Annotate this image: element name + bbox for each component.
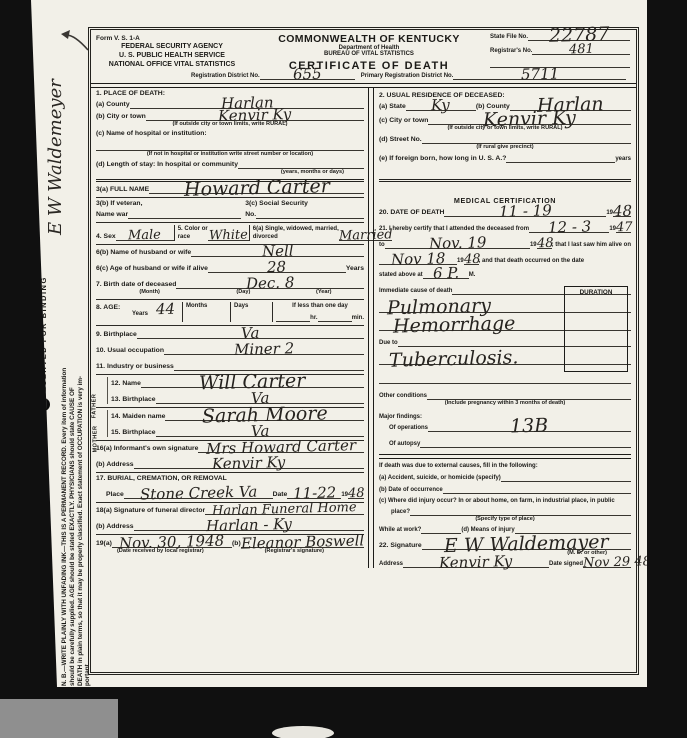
registrars-no-value: 481 <box>569 47 594 53</box>
sex-value: Male <box>128 233 161 239</box>
occupation-label: 10. Usual occupation <box>96 347 164 355</box>
foreign-born-suffix: years <box>615 155 631 163</box>
occurrence-line <box>443 487 631 494</box>
mother-birthplace-label: 15. Birthplace <box>111 429 156 437</box>
funeral-director-value: Harlan Funeral Home <box>212 505 357 514</box>
section-sex-color-marital: 4. Sex Male 5. Color or race White <box>96 223 364 245</box>
hour-value: 6 P. <box>433 271 459 277</box>
informant-line: Mrs Howard Carter <box>198 446 364 453</box>
to-year-prefix: 19 <box>530 241 537 249</box>
to-year-value: 48 <box>537 241 554 246</box>
city-value: Kenvir Ky <box>218 112 291 119</box>
hole-punch-mark <box>37 398 50 411</box>
physician-address-value: Kenvir Ky <box>439 559 512 566</box>
external-causes-title: If death was due to external causes, fil… <box>379 462 631 470</box>
state-file-no-value: 22787 <box>549 32 610 39</box>
last-alive-value: Nov 18 <box>391 256 446 262</box>
street-label: (d) Street No. <box>379 136 422 144</box>
age-hr-label: hr. <box>310 314 317 322</box>
date-of-death-line: 11 - 19 <box>444 210 606 217</box>
stay-line <box>238 162 364 169</box>
marital-label1: 6(a) Single, widowed, married, <box>253 225 339 233</box>
spouse-label: 6(b) Name of husband or wife <box>96 249 191 257</box>
cause-value2: Hemorrhage <box>393 321 515 329</box>
ssn-label2: No. <box>245 211 256 219</box>
cause-blank-line <box>379 377 631 384</box>
burial-place-value: Stone Creek Va <box>139 489 256 497</box>
industry-label: 11. Industry or business <box>96 363 174 371</box>
margin-nb-line2: should be carefully supplied. AGE should… <box>69 31 77 686</box>
residence-state-line: Ky <box>406 104 476 111</box>
ssn-line <box>256 212 364 219</box>
date-signed-line: Nov 29 48 <box>583 561 631 568</box>
residence-city-label: (c) City or town <box>379 117 428 125</box>
attended-from-line: 12 - 3 <box>529 226 609 233</box>
full-name-value: Howard Carter <box>184 184 330 193</box>
external-causes-divider <box>379 454 631 459</box>
spouse-age-line: 28 <box>208 266 346 273</box>
burial-title: 17. BURIAL, CREMATION, OR REMOVAL <box>96 475 364 483</box>
age-min-label: min. <box>352 314 364 322</box>
burial-date-value: 11-22 <box>293 490 336 496</box>
header-agency-block: Form V. S. 1-A FEDERAL SECURITY AGENCY U… <box>91 33 248 72</box>
alive-year-line: 48 <box>464 258 479 265</box>
residence-city-line: Kenvir Ky <box>428 118 631 125</box>
section-registrar: 19(a) Nov. 30, 1948 (b) Eleanor Boswell … <box>96 535 364 557</box>
physician-signature-label: 22. Signature <box>379 542 422 550</box>
age-days-cell: Days <box>230 302 272 322</box>
veteran-line <box>128 212 241 219</box>
date-of-death-label: 20. DATE OF DEATH <box>379 209 444 217</box>
attended-from-value: 12 - 3 <box>547 224 590 230</box>
alive-label: ; that I last saw him alive on <box>552 241 631 249</box>
reg-district-line: 655 <box>260 73 355 80</box>
handwritten-arrow-icon <box>58 24 92 56</box>
date-signed-value: Nov 29 48 <box>583 559 651 566</box>
color-line: White <box>208 234 249 241</box>
birth-date-label: 7. Birth date of deceased <box>96 281 176 289</box>
informant-address-line: Kenvir Ky <box>134 462 364 469</box>
funeral-address-line: Harlan - Ky <box>134 524 364 531</box>
sex-line: Male <box>116 234 174 241</box>
section-residence: 2. USUAL RESIDENCE OF DECEASED: (a) Stat… <box>379 88 631 182</box>
veteran-block: 3(b) If veteran, Name war <box>96 200 241 219</box>
form-columns: 1. PLACE OF DEATH: (a) County Harlan (b)… <box>91 88 636 568</box>
accident-line <box>501 475 631 482</box>
street-note: (If rural give precinct) <box>379 144 631 151</box>
section-place-of-death: 1. PLACE OF DEATH: (a) County Harlan (b)… <box>96 88 364 182</box>
section-informant: 16(a) Informant's own signature Mrs Howa… <box>96 441 364 473</box>
age-less-cell: If less than one day hr. min. <box>272 302 364 322</box>
ssn-block: 3(c) Social Security No. <box>241 200 364 219</box>
registrar-date-line: Nov. 30, 1948 <box>112 541 232 548</box>
attended-to-line: Nov. 19 <box>385 242 530 249</box>
hospital-label: (c) Name of hospital or institution: <box>96 130 207 138</box>
age-years-value: 44 <box>156 307 175 312</box>
birth-date-line: Dec. 8 <box>176 282 364 289</box>
age-years-label: Years <box>132 311 148 317</box>
alive-year-value: 48 <box>464 257 481 262</box>
funeral-director-line: Harlan Funeral Home <box>205 508 364 515</box>
hour-line: 6 P. <box>423 272 469 279</box>
birth-date-value: Dec. 8 <box>246 280 295 286</box>
registration-district-row: Registration District No. 655 Primary Re… <box>191 72 626 80</box>
reg-district-value: 655 <box>293 72 322 78</box>
margin-binding-note: MARGIN RESERVED FOR BINDING <box>39 276 48 442</box>
primary-reg-district-line: 5711 <box>453 73 626 80</box>
burial-year-line: 48 <box>348 492 364 499</box>
birthplace-value: Va <box>241 331 260 336</box>
physician-signature-line: E W Waldemayer <box>422 543 631 550</box>
injury-place-note: (Specify type of place) <box>379 516 631 523</box>
marital-cell: 6(a) Single, widowed, married, divorced … <box>249 225 364 241</box>
physician-signature-value: E W Waldemayer <box>444 539 609 548</box>
blank-line <box>490 61 630 68</box>
injury-place-label: place? <box>391 508 410 516</box>
date-of-death-value: 11 - 19 <box>499 208 552 214</box>
informant-address-label: (b) Address <box>96 461 134 469</box>
father-name-label: 12. Name <box>111 380 141 388</box>
spouse-age-label: 6(c) Age of husband or wife if alive <box>96 265 208 273</box>
father-name-line: Will Carter <box>141 381 364 388</box>
bureau-line: BUREAU OF VITAL STATISTICS <box>248 51 490 58</box>
hospital-note: (If not in hospital or institution write… <box>96 151 364 158</box>
birthplace-line: Va <box>137 332 364 339</box>
reg-district-label: Registration District No. <box>191 72 260 80</box>
registrar-date-value: Nov. 30, 1948 <box>119 539 224 547</box>
birthplace-label: 9. Birthplace <box>96 331 137 339</box>
age-less-label: If less than one day <box>276 302 364 310</box>
immediate-cause-label: Immediate cause of death <box>379 287 452 295</box>
foreign-born-line <box>506 156 615 163</box>
color-label1: 5. Color or <box>178 225 208 233</box>
county-label: (a) County <box>96 101 130 109</box>
registrar-sig-line: Eleanor Boswell <box>241 541 364 548</box>
father-name-value: Will Carter <box>199 379 305 387</box>
burial-place-label: Place <box>106 491 124 499</box>
funeral-address-value: Harlan - Ky <box>206 522 292 529</box>
spouse-line: Nell <box>191 250 364 257</box>
other-conditions-note: (Include pregnancy within 3 months of de… <box>379 400 631 407</box>
due-to-label: Due to <box>379 339 398 347</box>
right-column: 2. USUAL RESIDENCE OF DECEASED: (a) Stat… <box>374 88 636 568</box>
primary-reg-district-label: Primary Registration District No. <box>361 72 454 80</box>
scan-artifact-gray <box>0 699 118 738</box>
veteran-label1: 3(b) If veteran, <box>96 200 241 208</box>
certificate-form: Form V. S. 1-A FEDERAL SECURITY AGENCY U… <box>88 27 639 675</box>
certify-label: 21. I hereby certify that I attended the… <box>379 225 529 233</box>
sex-label: 4. Sex <box>96 233 116 241</box>
age-min-line <box>318 315 352 322</box>
marital-label2: divorced <box>253 233 339 241</box>
registrar-sig-prefix: (b) <box>232 540 241 548</box>
sex-cell: 4. Sex Male <box>96 233 174 241</box>
section-full-name: 3(a) FULL NAME Howard Carter <box>96 182 364 198</box>
commonwealth-title: COMMONWEALTH OF KENTUCKY <box>248 33 490 45</box>
registrars-no-label: Registrar's No. <box>490 47 532 55</box>
burial-year-value: 48 <box>348 491 365 496</box>
accident-label: (a) Accident, suicide, or homicide (spec… <box>379 474 501 482</box>
city-label: (b) City or town <box>96 113 146 121</box>
burial-place-line: Stone Creek Va <box>124 492 273 499</box>
mother-name-label: 14. Maiden name <box>111 413 165 421</box>
other-conditions-line <box>427 393 631 400</box>
section-burial: 17. BURIAL, CREMATION, OR REMOVAL Place … <box>96 473 364 503</box>
cause-value1: Pulmonary <box>387 304 491 312</box>
funeral-address-label: (b) Address <box>96 523 134 531</box>
street-line <box>422 137 631 144</box>
while-at-work-label: While at work? <box>379 526 421 534</box>
margin-handwritten-signature: E W Waldemeyer <box>45 79 66 235</box>
mother-name-value: Sarah Moore <box>202 411 328 419</box>
section-age: 8. AGE: Years 44 Months Days If less tha… <box>96 300 364 326</box>
color-cell: 5. Color or race White <box>174 225 249 241</box>
physician-address-label: Address <box>379 560 403 568</box>
stay-label: (d) Length of stay: In hospital or commu… <box>96 161 238 169</box>
form-number: Form V. S. 1-A <box>96 35 248 42</box>
agency-line3: NATIONAL OFFICE VITAL STATISTICS <box>96 60 248 69</box>
primary-reg-district-value: 5711 <box>521 72 559 78</box>
residence-state-label: (a) State <box>379 103 406 111</box>
spouse-value: Nell <box>262 249 294 255</box>
stated-above-label: stated above at <box>379 271 423 279</box>
mother-name-line: Sarah Moore <box>165 414 364 421</box>
informant-address-value: Kenvir Ky <box>212 460 285 467</box>
full-name-line: Howard Carter <box>149 187 364 194</box>
duration-label: DURATION <box>565 289 627 296</box>
left-column: 1. PLACE OF DEATH: (a) County Harlan (b)… <box>91 88 368 568</box>
burial-date-line: 11-22 <box>287 492 341 499</box>
birth-month-note: (Month) <box>96 289 203 296</box>
from-year-value: 47 <box>616 225 633 230</box>
other-conditions-label: Other conditions <box>379 392 427 400</box>
registrar-date-label: 19(a) <box>96 540 112 548</box>
of-operations-value: 13B <box>510 424 548 430</box>
from-year-line: 47 <box>616 226 631 233</box>
physician-address-line: Kenvir Ky <box>403 561 549 568</box>
of-autopsy-label: Of autopsy <box>389 440 420 448</box>
date-signed-label: Date signed <box>549 560 583 568</box>
of-operations-line: 13B <box>428 425 631 432</box>
of-autopsy-line <box>420 441 631 448</box>
section-medical-certification: MEDICAL CERTIFICATION 20. DATE OF DEATH … <box>379 196 631 568</box>
certificate-paper: MARGIN RESERVED FOR BINDING N. B.—WRITE … <box>28 0 647 687</box>
of-operations-label: Of operations <box>389 424 428 432</box>
dod-year-line: 48 <box>613 210 631 217</box>
foreign-born-label: (e) If foreign born, how long in U. S. A… <box>379 155 506 163</box>
registrars-no-line: 481 <box>532 48 630 55</box>
injury-where-label: (c) Where did injury occur? In or about … <box>379 498 631 506</box>
residence-city-value: Kenvir Ky <box>483 116 576 123</box>
age-months-cell: Months <box>182 302 230 322</box>
section-funeral-director: 18(a) Signature of funeral director Harl… <box>96 503 364 535</box>
dod-year-value: 48 <box>613 209 632 214</box>
state-file-no-label: State File No. <box>490 33 528 41</box>
duration-box: DURATION <box>564 286 628 372</box>
age-years-cell: Years 44 <box>132 302 182 322</box>
age-hr-line <box>276 315 310 322</box>
major-findings-label: Major findings: <box>379 413 631 421</box>
state-file-no-line: 22787 <box>528 34 630 41</box>
informant-label: 16(a) Informant's own signature <box>96 445 198 453</box>
due-to-cause-value: Tuberculosis. <box>389 355 519 363</box>
funeral-director-label: 18(a) Signature of funeral director <box>96 507 205 515</box>
ssn-label1: 3(c) Social Security <box>245 200 364 208</box>
burial-date-label: Date <box>273 491 288 499</box>
occurred-label: , and that death occurred on the date <box>479 257 584 265</box>
mother-side-label: MOTHER <box>96 410 108 437</box>
informant-value: Mrs Howard Carter <box>206 443 356 452</box>
while-at-work-line <box>421 527 461 534</box>
veteran-label2: Name war <box>96 211 128 219</box>
registrar-sig-value: Eleanor Boswell <box>241 538 364 546</box>
attended-to-value: Nov. 19 <box>429 240 487 247</box>
city-line: Kenvir Ky <box>146 114 364 121</box>
color-label2: race <box>178 233 208 241</box>
occupation-value: Miner 2 <box>234 346 294 353</box>
hospital-line <box>96 144 364 151</box>
agency-line2: U. S. PUBLIC HEALTH SERVICE <box>96 51 248 60</box>
means-of-injury-label: (d) Means of injury <box>461 526 514 534</box>
agency-line1: FEDERAL SECURITY AGENCY <box>96 42 248 51</box>
m-label: M. <box>469 271 476 279</box>
section-birthplace: 9. Birthplace Va 10. Usual occupation Mi… <box>96 326 364 375</box>
birth-year-note: (Year) <box>284 289 364 296</box>
occupation-line: Miner 2 <box>164 348 364 355</box>
father-birthplace-line: Va <box>156 397 364 404</box>
occurrence-label: (b) Date of occurrence <box>379 486 443 494</box>
to-year-line: 48 <box>537 242 552 249</box>
header-title-block: COMMONWEALTH OF KENTUCKY Department of H… <box>248 33 490 72</box>
scan-artifact-blob <box>272 726 334 738</box>
father-birthplace-value: Va <box>251 396 270 401</box>
certificate-title: CERTIFICATE OF DEATH <box>248 60 490 72</box>
father-side-label: FATHER <box>96 377 108 404</box>
color-value: White <box>209 232 248 238</box>
scanned-death-certificate: { "m": { "binding": "MARGIN RESERVED FOR… <box>0 0 687 738</box>
injury-place-line <box>410 509 631 516</box>
section-spouse: 6(b) Name of husband or wife Nell 6(c) A… <box>96 245 364 300</box>
margin-nb-line3: DEATH in plain terms, so that it may be … <box>77 31 85 686</box>
header-filing-block: State File No. 22787 Registrar's No. 481 <box>490 33 636 72</box>
father-birthplace-label: 13. Birthplace <box>111 396 156 404</box>
spouse-age-suffix: Years <box>346 265 364 273</box>
full-name-label: 3(a) FULL NAME <box>96 186 149 194</box>
residence-state-value: Ky <box>431 103 450 108</box>
spouse-age-value: 28 <box>267 265 286 270</box>
section-veteran-ssn: 3(b) If veteran, Name war 3(c) Social Se… <box>96 198 364 223</box>
age-label: 8. AGE: <box>96 302 132 322</box>
mother-birthplace-value: Va <box>251 429 270 434</box>
